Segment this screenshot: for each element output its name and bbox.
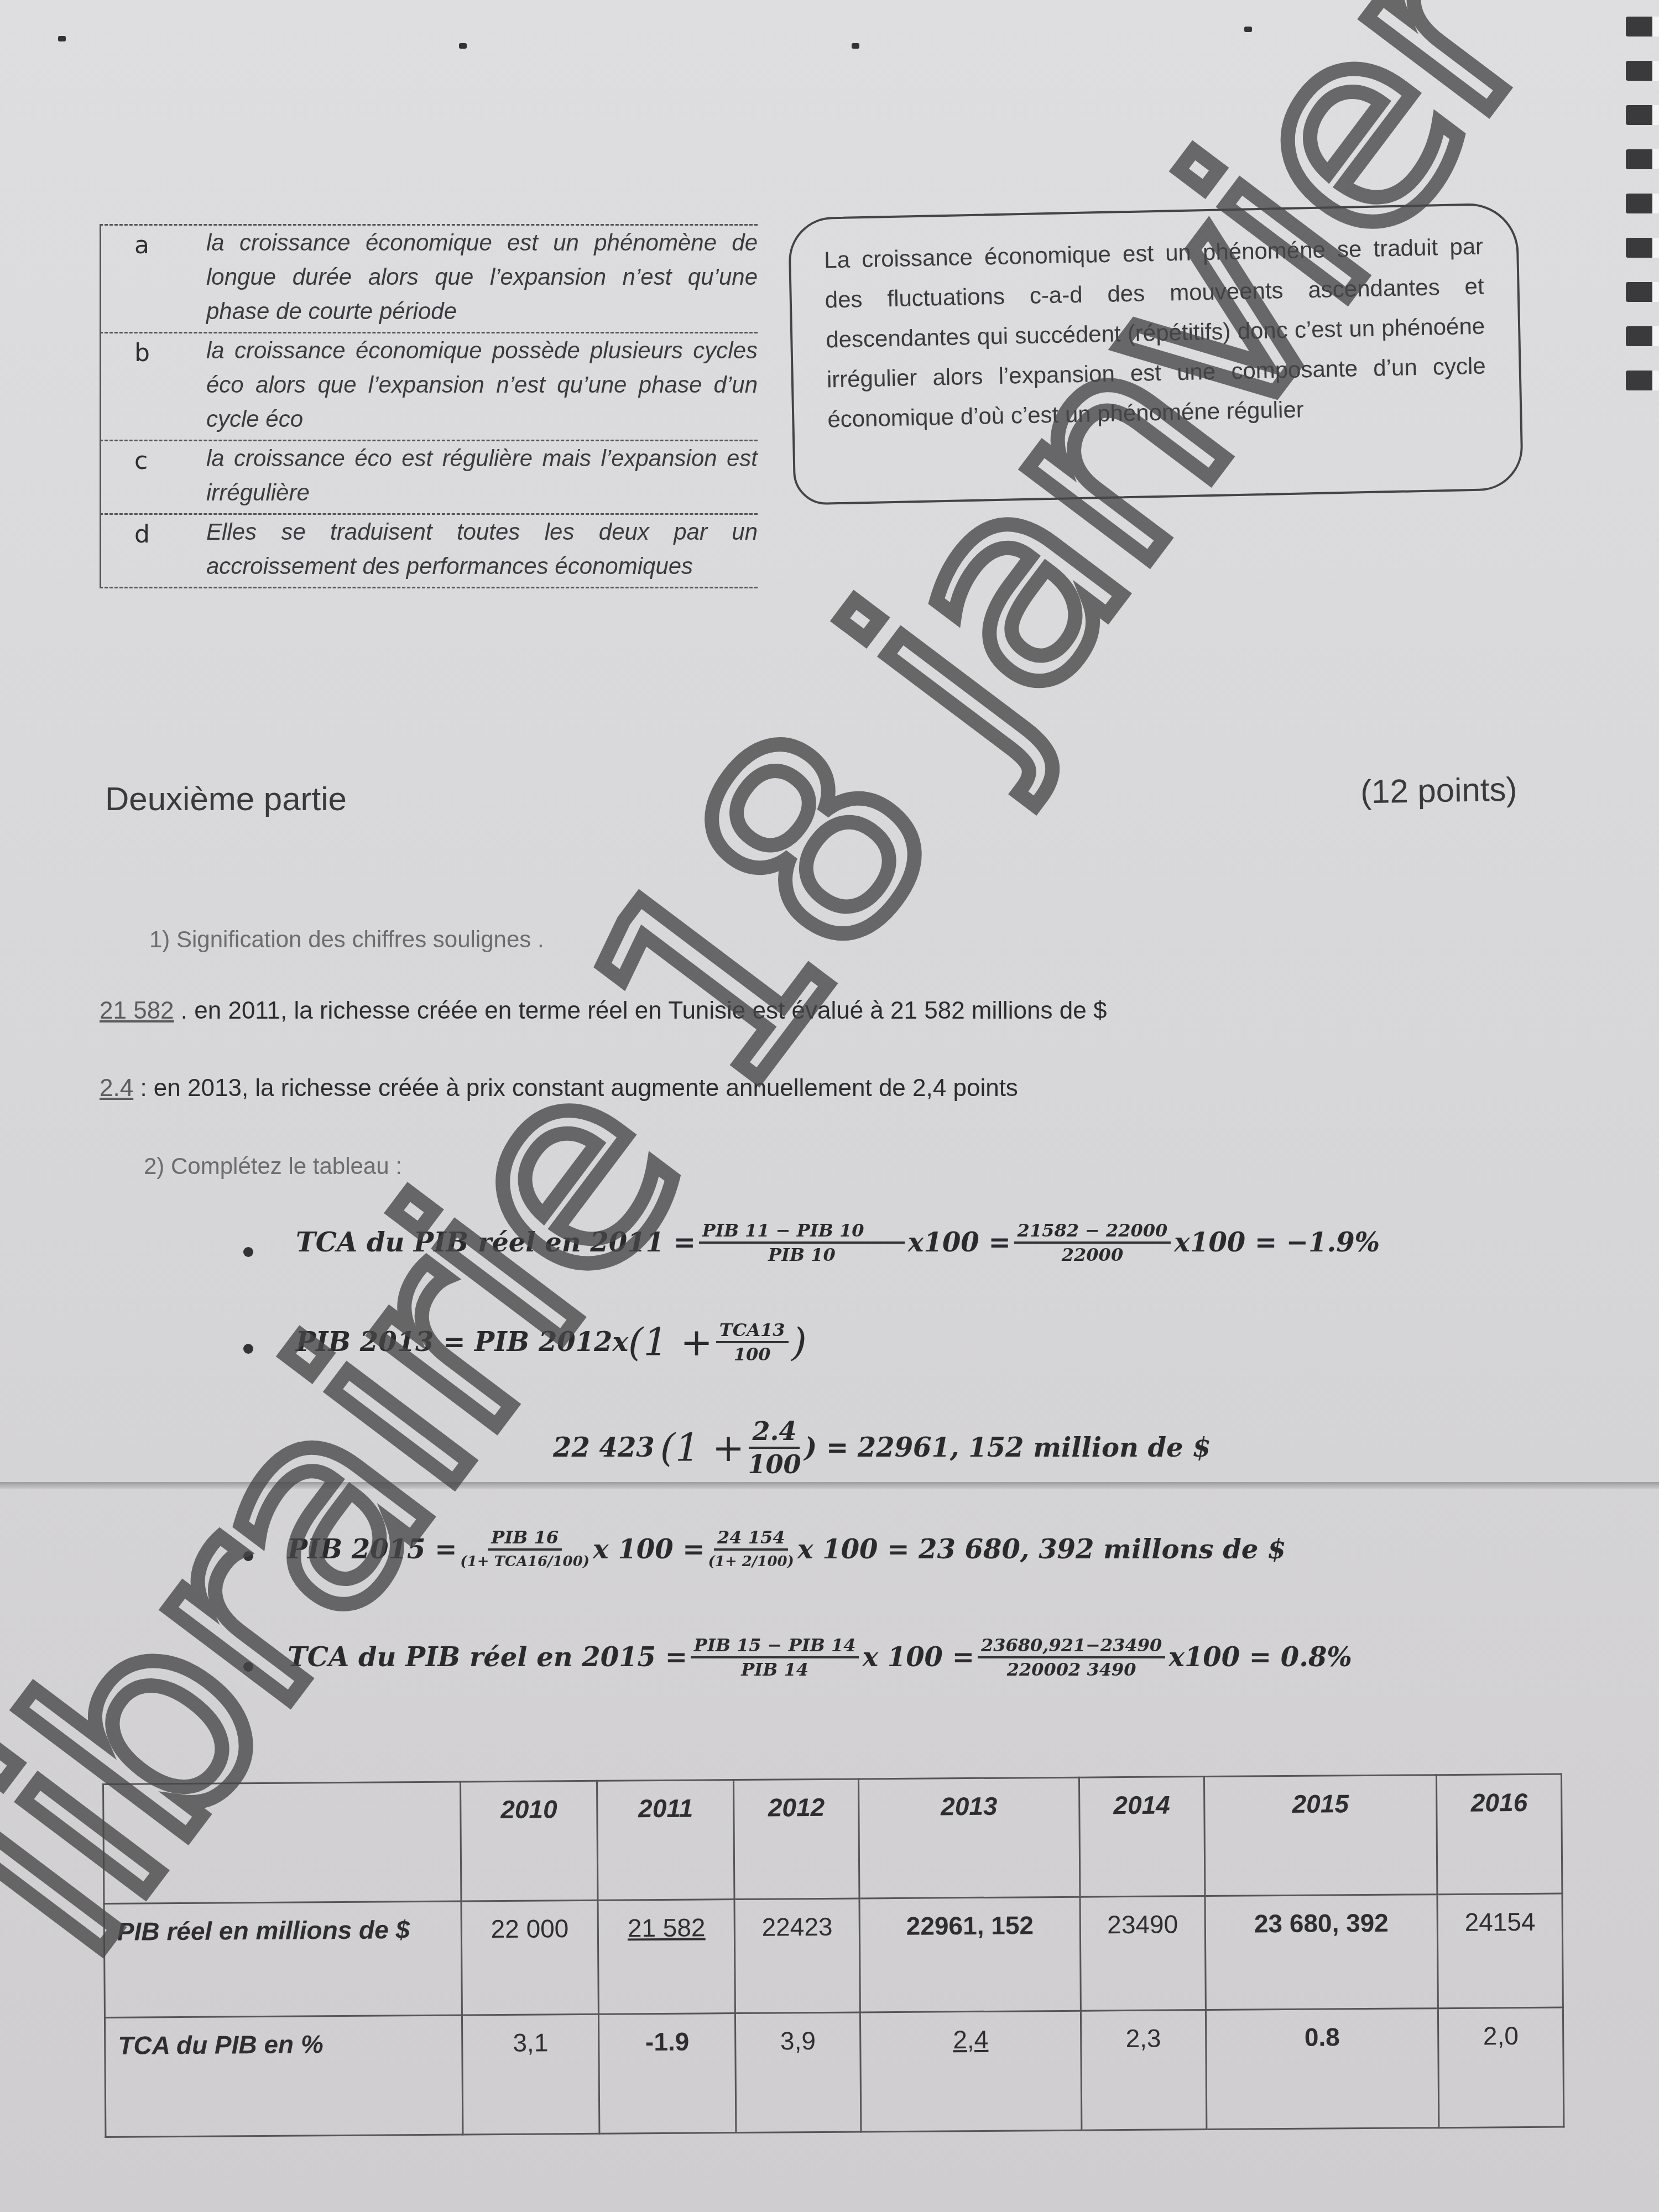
- pib-table: 2010 2011 2012 2013 2014 2015 2016 PIB r…: [102, 1773, 1564, 2138]
- choice-text: la croissance économique est un phénomèn…: [206, 226, 758, 332]
- table-cell: 23490: [1080, 1896, 1206, 2011]
- table-cell: -1.9: [599, 2013, 737, 2134]
- table-row: PIB réel en millions de $ 22 000 21 582 …: [104, 1893, 1563, 2017]
- spiral-ring: [1626, 282, 1659, 302]
- denominator: (1+ 2/100): [708, 1551, 794, 1573]
- numerator: PIB 11 − PIB 10: [699, 1219, 905, 1244]
- year-header: 2014: [1079, 1777, 1205, 1897]
- choice-text: la croissance économique possède plusieu…: [206, 333, 758, 440]
- row-label: TCA du PIB en %: [105, 2015, 462, 2137]
- formula-result: x100 = −1.9%: [1174, 1227, 1380, 1258]
- choice-row: b la croissance économique possède plusi…: [100, 332, 758, 440]
- points-label: (12 points): [1360, 770, 1517, 811]
- spiral-ring: [1626, 326, 1659, 346]
- choice-row: d Elles se traduisent toutes les deux pa…: [100, 513, 758, 588]
- paren: ): [792, 1319, 807, 1365]
- fraction: 2.4100: [748, 1416, 801, 1480]
- paren: (1 +: [628, 1319, 713, 1365]
- spiral-ring: [1626, 149, 1659, 169]
- speck: [1244, 27, 1252, 32]
- choice-letter: c: [101, 441, 206, 513]
- speck: [459, 43, 467, 49]
- table-cell: 3,1: [462, 2014, 599, 2135]
- formula-tca-2011: TCA du PIB réel en 2011 = PIB 11 − PIB 1…: [296, 1219, 1380, 1266]
- underlined-figure: 21 582: [100, 997, 174, 1024]
- denominator: 22000: [1062, 1244, 1123, 1266]
- choice-letter: d: [101, 515, 206, 587]
- formula-tca-2015: TCA du PIB réel en 2015 = PIB 15 − PIB 1…: [288, 1634, 1352, 1681]
- fraction: PIB 15 − PIB 14PIB 14: [691, 1634, 859, 1681]
- table-cell: 23 680, 392: [1205, 1895, 1438, 2010]
- speck: [852, 43, 859, 49]
- table-cell: 2,4: [860, 2011, 1082, 2132]
- formula-label: TCA du PIB réel en 2015 =: [288, 1642, 687, 1673]
- choices-table: a la croissance économique est un phénom…: [100, 224, 758, 588]
- page-fold: [0, 1482, 1659, 1489]
- formula-pib-2013: PIB 2013 = PIB 2012x (1 + TCA13100 ): [296, 1319, 807, 1365]
- value: 22 423: [553, 1432, 655, 1463]
- choice-text: Elles se traduisent toutes les deux par …: [206, 515, 758, 587]
- table-cell: 0.8: [1206, 2008, 1439, 2130]
- exam-page: a la croissance économique est un phénom…: [0, 0, 1659, 2212]
- bullet: [243, 1247, 253, 1257]
- paren: (1 +: [660, 1425, 745, 1470]
- numerator: TCA13: [716, 1319, 789, 1343]
- formula-label: PIB 2015 =: [288, 1534, 457, 1565]
- operator: x100 =: [908, 1227, 1011, 1258]
- fraction: 23680,921−23490220002 3490: [978, 1634, 1165, 1681]
- numerator: 21582 − 22000: [1014, 1219, 1171, 1244]
- year-header: 2015: [1204, 1775, 1437, 1896]
- denominator: (1+ TCA16/100): [460, 1551, 589, 1573]
- table-cell: 22 000: [461, 1900, 599, 2015]
- choice-row: c la croissance éco est régulière mais l…: [100, 440, 758, 513]
- formula-pib-2013-value: 22 423 (1 + 2.4100 ) = 22961, 152 millio…: [553, 1416, 1211, 1480]
- table-row: TCA du PIB en % 3,1 -1.9 3,9 2,4 2,3 0.8…: [105, 2007, 1563, 2137]
- bullet: [243, 1551, 253, 1561]
- operator: x 100 =: [593, 1534, 705, 1565]
- bullet: [243, 1344, 253, 1354]
- spiral-ring: [1626, 371, 1659, 390]
- underlined-figure: 2.4: [100, 1074, 133, 1102]
- denominator: PIB 14: [741, 1658, 808, 1681]
- table-cell: 22423: [734, 1898, 860, 2013]
- bullet: [243, 1662, 253, 1672]
- formula-result: x100 = 0.8%: [1168, 1642, 1352, 1673]
- numerator: 24 154: [714, 1526, 788, 1551]
- year-header: 2010: [460, 1781, 598, 1901]
- year-header: 2013: [858, 1777, 1080, 1898]
- table-cell: 2,3: [1081, 2010, 1207, 2131]
- formula-label: TCA du PIB réel en 2011 =: [296, 1227, 696, 1258]
- fraction: PIB 11 − PIB 10PIB 10: [699, 1219, 905, 1266]
- empty-corner-cell: [103, 1782, 461, 1904]
- answer-text: . en 2011, la richesse créée en terme ré…: [174, 997, 1107, 1024]
- table-cell: 2,0: [1438, 2007, 1564, 2128]
- year-header: 2011: [597, 1780, 735, 1901]
- spiral-ring: [1626, 238, 1659, 258]
- table-cell: 22961, 152: [859, 1897, 1081, 2012]
- year-header: 2016: [1437, 1774, 1562, 1895]
- numerator: 2.4: [749, 1416, 800, 1449]
- section-title: Deuxième partie: [105, 780, 347, 818]
- year-header: 2012: [734, 1779, 859, 1900]
- fraction: 21582 − 2200022000: [1014, 1219, 1171, 1266]
- fraction: PIB 16(1+ TCA16/100): [460, 1526, 589, 1573]
- question-2-heading: 2) Complétez le tableau :: [144, 1153, 402, 1180]
- fraction: TCA13100: [716, 1319, 789, 1365]
- choice-row: a la croissance économique est un phénom…: [100, 224, 758, 332]
- choice-letter: b: [101, 333, 206, 440]
- fraction: 24 154(1+ 2/100): [708, 1526, 794, 1573]
- answer-line-1: 21 582 . en 2011, la richesse créée en t…: [100, 997, 1107, 1025]
- numerator: PIB 16: [488, 1526, 562, 1551]
- numerator: PIB 15 − PIB 14: [691, 1634, 859, 1658]
- table-cell: 24154: [1437, 1893, 1563, 2008]
- spiral-ring: [1626, 105, 1659, 125]
- denominator: 100: [748, 1449, 801, 1480]
- choice-letter: a: [101, 226, 206, 332]
- speck: [58, 36, 66, 41]
- row-label: PIB réel en millions de $: [104, 1901, 462, 2018]
- answer-line-2: 2.4 : en 2013, la richesse créée à prix …: [100, 1074, 1018, 1102]
- answer-box: La croissance économique est un phénomén…: [788, 202, 1524, 505]
- table-header-row: 2010 2011 2012 2013 2014 2015 2016: [103, 1774, 1562, 1903]
- operator: x 100 =: [862, 1642, 974, 1673]
- denominator: 100: [734, 1343, 771, 1365]
- question-1-heading: 1) Signification des chiffres soulignes …: [149, 926, 544, 953]
- choice-text: la croissance éco est régulière mais l’e…: [206, 441, 758, 513]
- formula-result: x 100 = 23 680, 392 millons de $: [797, 1534, 1286, 1565]
- answer-text: : en 2013, la richesse créée à prix cons…: [133, 1074, 1018, 1102]
- numerator: 23680,921−23490: [978, 1634, 1165, 1658]
- formula-pib-2015: PIB 2015 = PIB 16(1+ TCA16/100) x 100 = …: [288, 1526, 1286, 1573]
- spiral-ring: [1626, 194, 1659, 213]
- table-cell: 3,9: [735, 2012, 861, 2133]
- spiral-ring: [1626, 61, 1659, 81]
- denominator: PIB 10: [768, 1244, 836, 1266]
- spiral-ring: [1626, 17, 1659, 36]
- table-cell: 21 582: [598, 1900, 735, 2015]
- formula-result: ) = 22961, 152 million de $: [804, 1432, 1211, 1463]
- denominator: 220002 3490: [1007, 1658, 1136, 1681]
- formula-label: PIB 2013 = PIB 2012x: [296, 1327, 628, 1358]
